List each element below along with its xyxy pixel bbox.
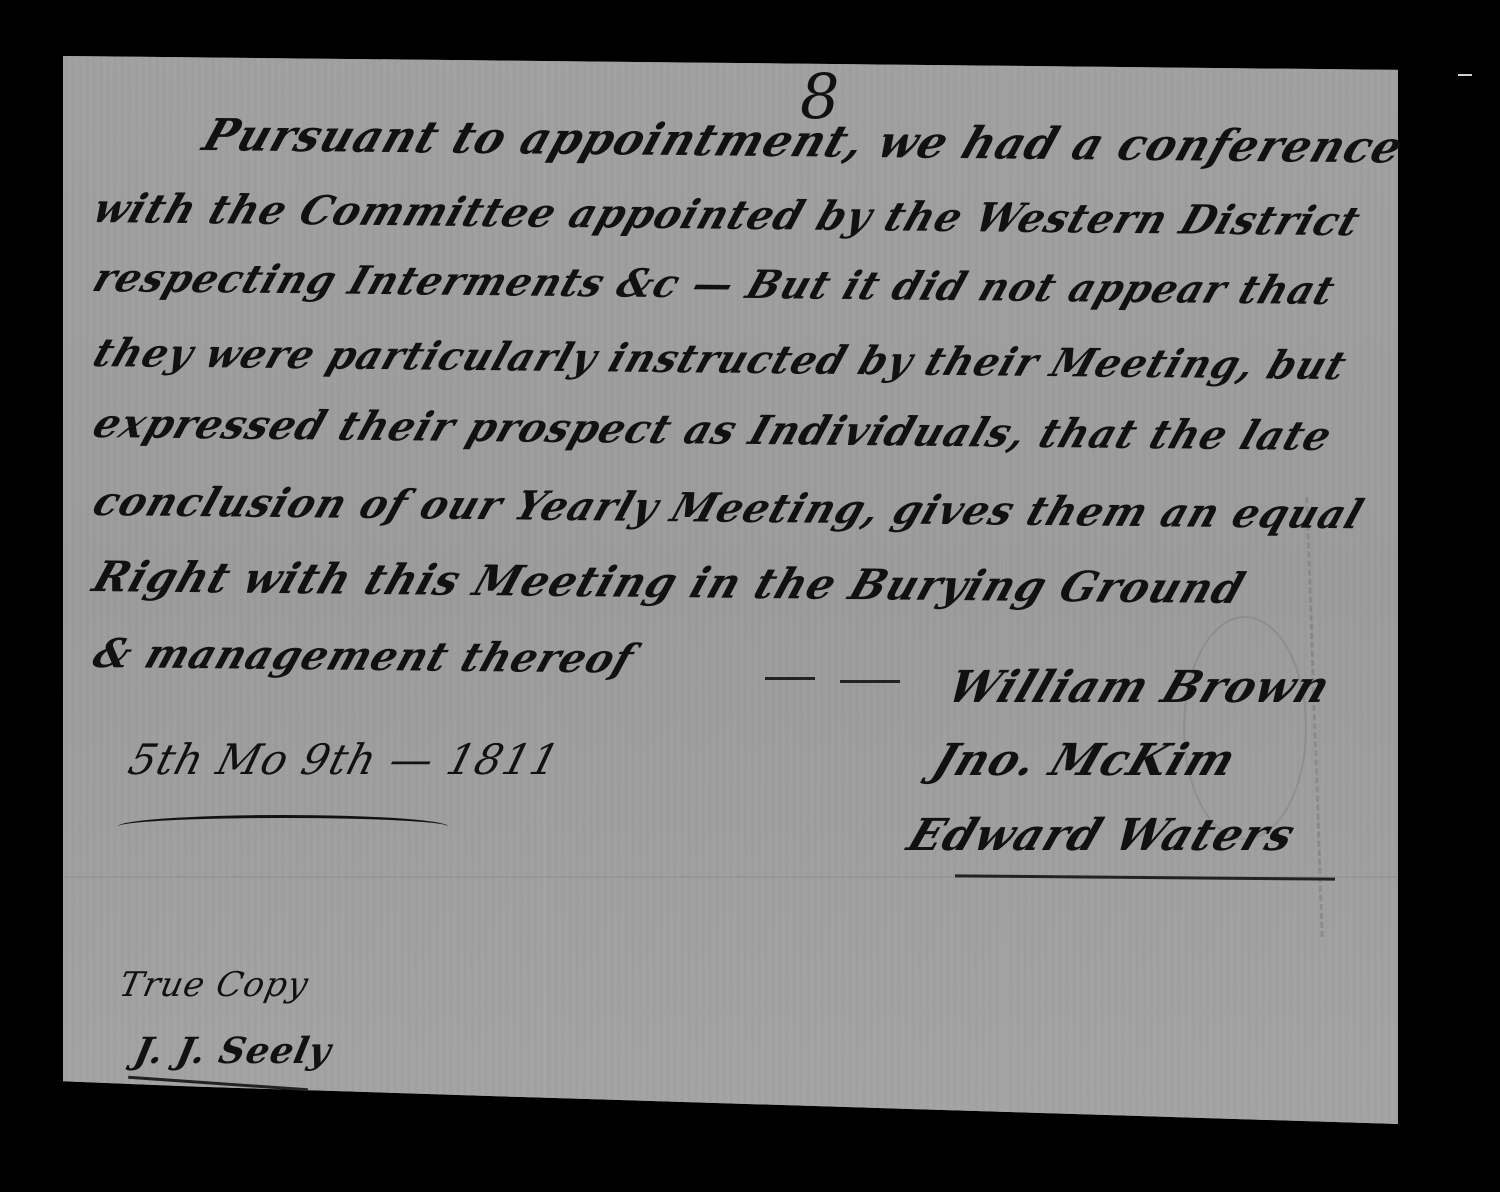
- scan-artifact: [1458, 74, 1472, 76]
- faded-bleedthrough-mark: [1183, 616, 1307, 840]
- true-copy-label: True Copy: [116, 965, 313, 1005]
- scan-frame: 8 Pursuant to appointment, we had a conf…: [0, 0, 1500, 1192]
- closing-dash: [840, 680, 900, 683]
- faded-bleedthrough-mark: [1305, 495, 1393, 937]
- body-line-8: & management thereof: [87, 630, 640, 683]
- signature-william-brown: William Brown: [941, 662, 1338, 713]
- date-underline-flourish: [118, 815, 448, 838]
- signature-edward-waters: Edward Waters: [901, 810, 1303, 861]
- document-date: 5th Mo 9th — 1811: [123, 735, 565, 784]
- attestation-signature: J. J. Seely: [131, 1030, 336, 1072]
- closing-dash: [765, 677, 815, 680]
- signature-jno-mckim: Jno. McKim: [926, 735, 1244, 786]
